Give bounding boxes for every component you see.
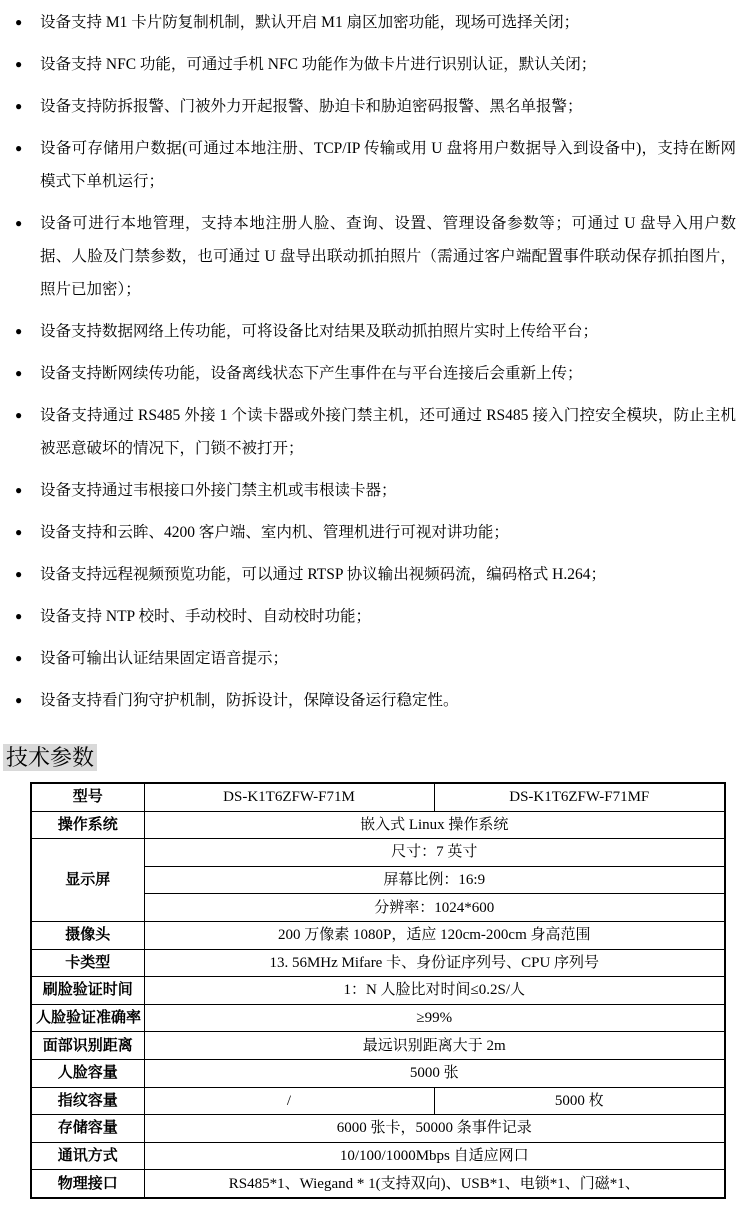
display-label: 显示屏 [31, 839, 144, 922]
feature-item: ● 设备支持防拆报警、门被外力开起报警、胁迫卡和胁迫密码报警、黑名单报警； [15, 90, 736, 123]
communication-label: 通讯方式 [31, 1142, 144, 1170]
feature-item: ● 设备支持通过 RS485 外接 1 个读卡器或外接门禁主机，还可通过 RS4… [15, 399, 736, 465]
row-os: 操作系统 嵌入式 Linux 操作系统 [31, 811, 725, 839]
storage-capacity-label: 存储容量 [31, 1115, 144, 1143]
feature-text: 设备可输出认证结果固定语音提示； [40, 650, 288, 667]
recognition-distance-label: 面部识别距离 [31, 1032, 144, 1060]
fingerprint-capacity-value-1: / [144, 1087, 434, 1115]
os-label: 操作系统 [31, 811, 144, 839]
camera-value: 200 万像素 1080P，适应 120cm-200cm 身高范围 [144, 921, 725, 949]
row-recognition-distance: 面部识别距离 最远识别距离大于 2m [31, 1032, 725, 1060]
os-value: 嵌入式 Linux 操作系统 [144, 811, 725, 839]
display-size-value: 尺寸：7 英寸 [144, 839, 725, 867]
feature-text: 设备支持 NTP 校时、手动校时、自动校时功能； [40, 608, 371, 625]
communication-value: 10/100/1000Mbps 自适应网口 [144, 1142, 725, 1170]
feature-item: ● 设备支持和云眸、4200 客户端、室内机、管理机进行可视对讲功能； [15, 516, 736, 549]
row-model: 型号 DS-K1T6ZFW-F71M DS-K1T6ZFW-F71MF [31, 783, 725, 811]
feature-text: 设备支持 M1 卡片防复制机制，默认开启 M1 扇区加密功能，现场可选择关闭； [40, 14, 579, 31]
row-display-size: 显示屏 尺寸：7 英寸 [31, 839, 725, 867]
document-page: ● 设备支持 M1 卡片防复制机制，默认开启 M1 扇区加密功能，现场可选择关闭… [0, 0, 750, 1199]
section-title: 技术参数 [3, 744, 97, 771]
feature-text: 设备支持通过 RS485 外接 1 个读卡器或外接门禁主机，还可通过 RS485… [40, 407, 736, 457]
display-resolution-value: 分辨率：1024*600 [144, 894, 725, 922]
bullet-icon: ● [15, 315, 35, 348]
feature-text: 设备支持和云眸、4200 客户端、室内机、管理机进行可视对讲功能； [40, 524, 509, 541]
feature-list: ● 设备支持 M1 卡片防复制机制，默认开启 M1 扇区加密功能，现场可选择关闭… [0, 0, 750, 717]
section-heading: 技术参数 [3, 743, 750, 773]
feature-item: ● 设备支持 NFC 功能，可通过手机 NFC 功能作为做卡片进行识别认证，默认… [15, 48, 736, 81]
feature-text: 设备支持远程视频预览功能，可以通过 RTSP 协议输出视频码流，编码格式 H.2… [40, 566, 606, 583]
recognition-distance-value: 最远识别距离大于 2m [144, 1032, 725, 1060]
row-face-verify-time: 刷脸验证时间 1：N 人脸比对时间≤0.2S/人 [31, 977, 725, 1005]
face-capacity-label: 人脸容量 [31, 1059, 144, 1087]
row-storage-capacity: 存储容量 6000 张卡，50000 条事件记录 [31, 1115, 725, 1143]
face-verify-time-label: 刷脸验证时间 [31, 977, 144, 1005]
row-camera: 摄像头 200 万像素 1080P，适应 120cm-200cm 身高范围 [31, 921, 725, 949]
bullet-icon: ● [15, 48, 35, 81]
face-accuracy-value: ≥99% [144, 1004, 725, 1032]
card-type-value: 13. 56MHz Mifare 卡、身份证序列号、CPU 序列号 [144, 949, 725, 977]
bullet-icon: ● [15, 558, 35, 591]
row-card-type: 卡类型 13. 56MHz Mifare 卡、身份证序列号、CPU 序列号 [31, 949, 725, 977]
fingerprint-capacity-value-2: 5000 枚 [434, 1087, 725, 1115]
bullet-icon: ● [15, 399, 35, 432]
bullet-icon: ● [15, 6, 35, 39]
physical-interface-value: RS485*1、Wiegand * 1(支持双向)、USB*1、电锁*1、门磁*… [144, 1170, 725, 1198]
feature-text: 设备支持看门狗守护机制，防拆设计，保障设备运行稳定性。 [40, 692, 459, 709]
feature-text: 设备支持 NFC 功能，可通过手机 NFC 功能作为做卡片进行识别认证，默认关闭… [40, 56, 596, 73]
camera-label: 摄像头 [31, 921, 144, 949]
fingerprint-capacity-label: 指纹容量 [31, 1087, 144, 1115]
feature-text: 设备支持数据网络上传功能，可将设备比对结果及联动抓拍照片实时上传给平台； [40, 323, 598, 340]
row-fingerprint-capacity: 指纹容量 / 5000 枚 [31, 1087, 725, 1115]
row-physical-interface: 物理接口 RS485*1、Wiegand * 1(支持双向)、USB*1、电锁*… [31, 1170, 725, 1198]
row-face-accuracy: 人脸验证准确率 ≥99% [31, 1004, 725, 1032]
feature-text: 设备支持通过韦根接口外接门禁主机或韦根读卡器； [40, 482, 397, 499]
feature-item: ● 设备支持断网续传功能，设备离线状态下产生事件在与平台连接后会重新上传； [15, 357, 736, 390]
bullet-icon: ● [15, 684, 35, 717]
bullet-icon: ● [15, 600, 35, 633]
face-verify-time-value: 1：N 人脸比对时间≤0.2S/人 [144, 977, 725, 1005]
feature-item: ● 设备可进行本地管理，支持本地注册人脸、查询、设置、管理设备参数等；可通过 U… [15, 207, 736, 306]
face-capacity-value: 5000 张 [144, 1059, 725, 1087]
bullet-icon: ● [15, 207, 35, 240]
bullet-icon: ● [15, 357, 35, 390]
spec-table: 型号 DS-K1T6ZFW-F71M DS-K1T6ZFW-F71MF 操作系统… [30, 782, 726, 1199]
feature-item: ● 设备支持数据网络上传功能，可将设备比对结果及联动抓拍照片实时上传给平台； [15, 315, 736, 348]
bullet-icon: ● [15, 90, 35, 123]
model-value-1: DS-K1T6ZFW-F71M [144, 783, 434, 811]
bullet-icon: ● [15, 642, 35, 675]
feature-text: 设备支持防拆报警、门被外力开起报警、胁迫卡和胁迫密码报警、黑名单报警； [40, 98, 583, 115]
feature-item: ● 设备支持远程视频预览功能，可以通过 RTSP 协议输出视频码流，编码格式 H… [15, 558, 736, 591]
feature-text: 设备可进行本地管理，支持本地注册人脸、查询、设置、管理设备参数等；可通过 U 盘… [40, 215, 736, 298]
model-label: 型号 [31, 783, 144, 811]
feature-item: ● 设备可存储用户数据(可通过本地注册、TCP/IP 传输或用 U 盘将用户数据… [15, 132, 736, 198]
feature-item: ● 设备支持 NTP 校时、手动校时、自动校时功能； [15, 600, 736, 633]
card-type-label: 卡类型 [31, 949, 144, 977]
feature-item: ● 设备支持看门狗守护机制，防拆设计，保障设备运行稳定性。 [15, 684, 736, 717]
row-communication: 通讯方式 10/100/1000Mbps 自适应网口 [31, 1142, 725, 1170]
row-face-capacity: 人脸容量 5000 张 [31, 1059, 725, 1087]
bullet-icon: ● [15, 516, 35, 549]
model-value-2: DS-K1T6ZFW-F71MF [434, 783, 725, 811]
feature-text: 设备可存储用户数据(可通过本地注册、TCP/IP 传输或用 U 盘将用户数据导入… [40, 140, 736, 190]
feature-text: 设备支持断网续传功能，设备离线状态下产生事件在与平台连接后会重新上传； [40, 365, 583, 382]
feature-item: ● 设备可输出认证结果固定语音提示； [15, 642, 736, 675]
storage-capacity-value: 6000 张卡，50000 条事件记录 [144, 1115, 725, 1143]
bullet-icon: ● [15, 474, 35, 507]
bullet-icon: ● [15, 132, 35, 165]
feature-item: ● 设备支持通过韦根接口外接门禁主机或韦根读卡器； [15, 474, 736, 507]
feature-item: ● 设备支持 M1 卡片防复制机制，默认开启 M1 扇区加密功能，现场可选择关闭… [15, 6, 736, 39]
physical-interface-label: 物理接口 [31, 1170, 144, 1198]
face-accuracy-label: 人脸验证准确率 [31, 1004, 144, 1032]
display-ratio-value: 屏幕比例：16:9 [144, 866, 725, 894]
